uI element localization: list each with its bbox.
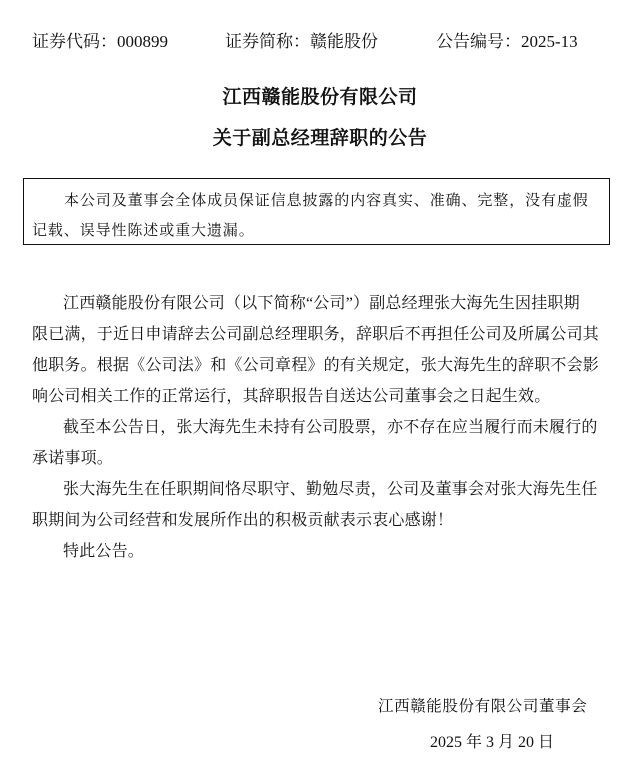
announcement-no-label: 公告编号：: [436, 32, 521, 51]
body-line: 职期间为公司经营和发展所作出的积极贡献表示衷心感谢！: [32, 505, 592, 536]
announcement-no-value: 2025-13: [521, 32, 578, 51]
board-signature: 江西赣能股份有限公司董事会: [378, 696, 587, 718]
announcement-header: 证券代码：000899 证券简称：赣能股份 公告编号：2025-13: [32, 30, 592, 54]
paragraph-closing: 特此公告。: [32, 536, 592, 567]
body-line: 特此公告。: [32, 536, 592, 567]
security-code-label: 证券代码：: [32, 32, 117, 51]
disclaimer-line: 本公司及董事会全体成员保证信息披露的内容真实、准确、完整，没有虚假: [64, 189, 589, 210]
body-line: 江西赣能股份有限公司（以下简称“公司”）副总经理张大海先生因挂职期: [32, 288, 592, 319]
paragraph-resignation: 江西赣能股份有限公司（以下简称“公司”）副总经理张大海先生因挂职期 限已满，于近…: [32, 288, 592, 412]
security-code: 证券代码：000899: [32, 30, 168, 54]
security-abbr-label: 证券简称：: [225, 32, 310, 51]
security-abbr-value: 赣能股份: [310, 32, 378, 51]
body-line: 响公司相关工作的正常运行，其辞职报告自送达公司董事会之日起生效。: [32, 381, 592, 412]
security-abbreviation: 证券简称：赣能股份: [225, 30, 378, 54]
announcement-title: 关于副总经理辞职的公告: [0, 125, 640, 151]
paragraph-shareholding: 截至本公告日，张大海先生未持有公司股票，亦不存在应当履行而未履行的 承诺事项。: [32, 412, 592, 474]
body-line: 截至本公告日，张大海先生未持有公司股票，亦不存在应当履行而未履行的: [32, 412, 592, 443]
company-title: 江西赣能股份有限公司: [0, 84, 640, 110]
body-line: 张大海先生在任职期间恪尽职守、勤勉尽责，公司及董事会对张大海先生任: [32, 474, 592, 505]
body-line: 限已满，于近日申请辞去公司副总经理职务，辞职后不再担任公司及所属公司其: [32, 319, 592, 350]
disclaimer-line: 记载、误导性陈述或重大遗漏。: [32, 219, 255, 240]
disclaimer-box: 本公司及董事会全体成员保证信息披露的内容真实、准确、完整，没有虚假 记载、误导性…: [23, 178, 610, 245]
paragraph-thanks: 张大海先生在任职期间恪尽职守、勤勉尽责，公司及董事会对张大海先生任 职期间为公司…: [32, 474, 592, 536]
announcement-date: 2025 年 3 月 20 日: [430, 732, 554, 754]
announcement-number: 公告编号：2025-13: [436, 30, 578, 54]
security-code-value: 000899: [117, 32, 168, 51]
body-line: 他职务。根据《公司法》和《公司章程》的有关规定，张大海先生的辞职不会影: [32, 350, 592, 381]
announcement-page: 证券代码：000899 证券简称：赣能股份 公告编号：2025-13 江西赣能股…: [0, 0, 640, 766]
announcement-body: 江西赣能股份有限公司（以下简称“公司”）副总经理张大海先生因挂职期 限已满，于近…: [32, 288, 592, 567]
body-line: 承诺事项。: [32, 443, 592, 474]
